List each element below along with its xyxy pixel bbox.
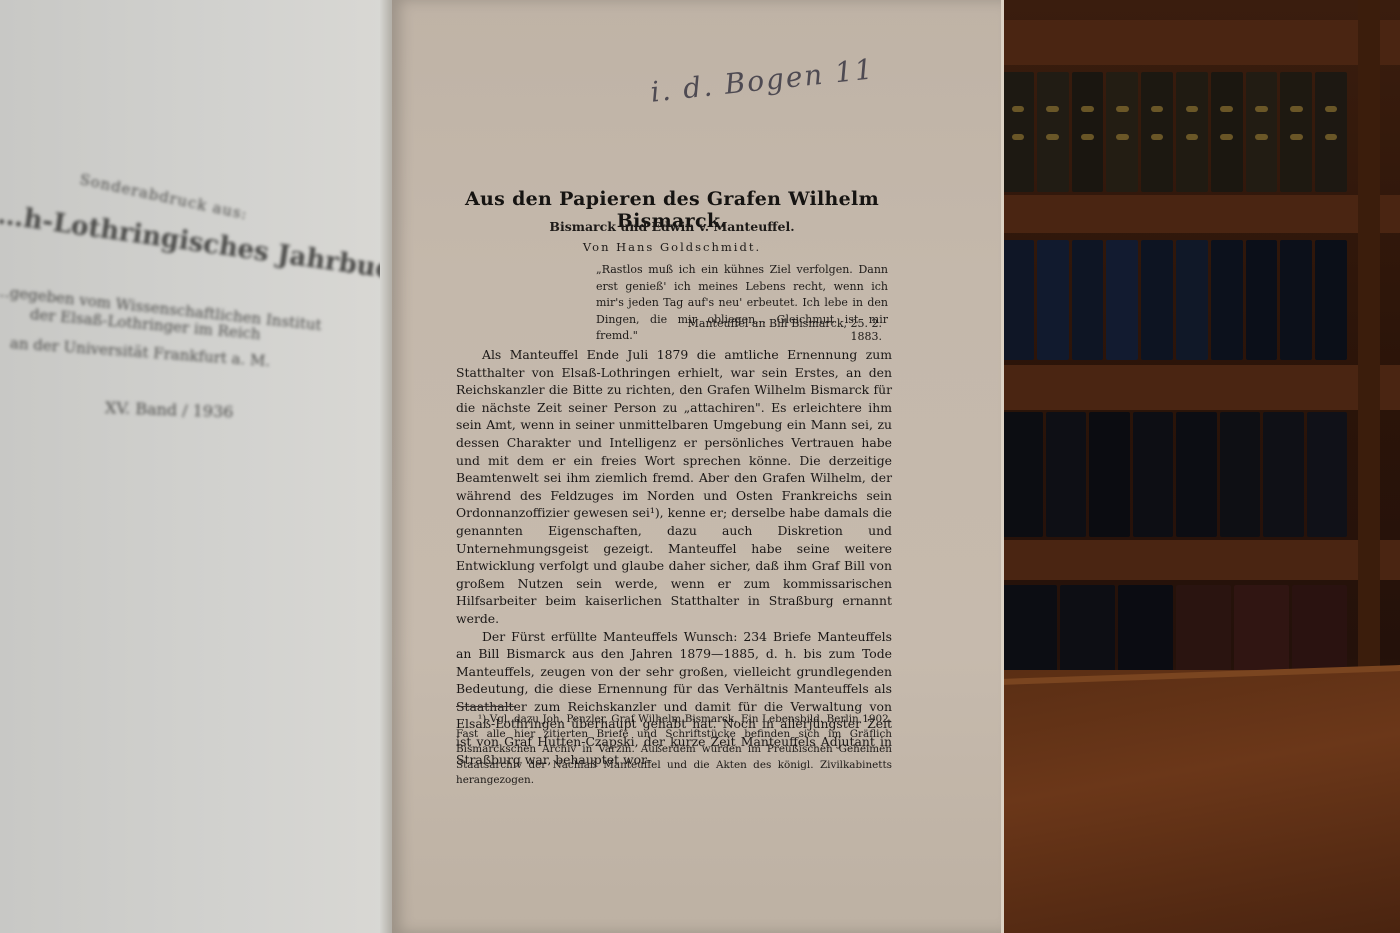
article-author: Von Hans Goldschmidt. (452, 240, 892, 254)
article-body: Als Manteuffel Ende Juli 1879 die amtlic… (456, 346, 892, 768)
handwritten-note: i. d. Bogen 11 (649, 52, 876, 108)
shelf-board (990, 365, 1400, 410)
right-page-article: i. d. Bogen 11 Aus den Papieren des Graf… (392, 0, 1004, 933)
shelf-row-dark-books (1002, 412, 1347, 537)
left-page-volume: XV. Band / 1936 (105, 398, 234, 421)
left-page-journal-title: …h-Lothringisches Jahrbuch (0, 200, 392, 288)
shelf-board (990, 20, 1400, 65)
shelf-row-blue-books (1002, 240, 1347, 360)
body-paragraph: Als Manteuffel Ende Juli 1879 die amtlic… (456, 346, 892, 628)
left-page-title-sheet: Sonderabdruck aus: …h-Lothringisches Jah… (0, 0, 392, 933)
shelf-row-lower-books (1002, 585, 1347, 675)
footnote: ¹) Vgl. dazu Joh. Penzler, Graf Wilhelm … (456, 712, 892, 788)
footnote-text: ¹) Vgl. dazu Joh. Penzler, Graf Wilhelm … (456, 712, 892, 788)
shelf-row-gilt-books (1002, 72, 1347, 192)
shelf-board (990, 195, 1400, 233)
footnote-divider (456, 706, 516, 707)
epigraph-source: Manteuffel an Bill Bismarck, 25. 2. 1883… (662, 317, 882, 343)
article-subtitle: Bismarck und Edwin v. Manteuffel. (452, 219, 892, 234)
shelf-board (990, 540, 1400, 580)
wooden-desk (1000, 670, 1400, 933)
